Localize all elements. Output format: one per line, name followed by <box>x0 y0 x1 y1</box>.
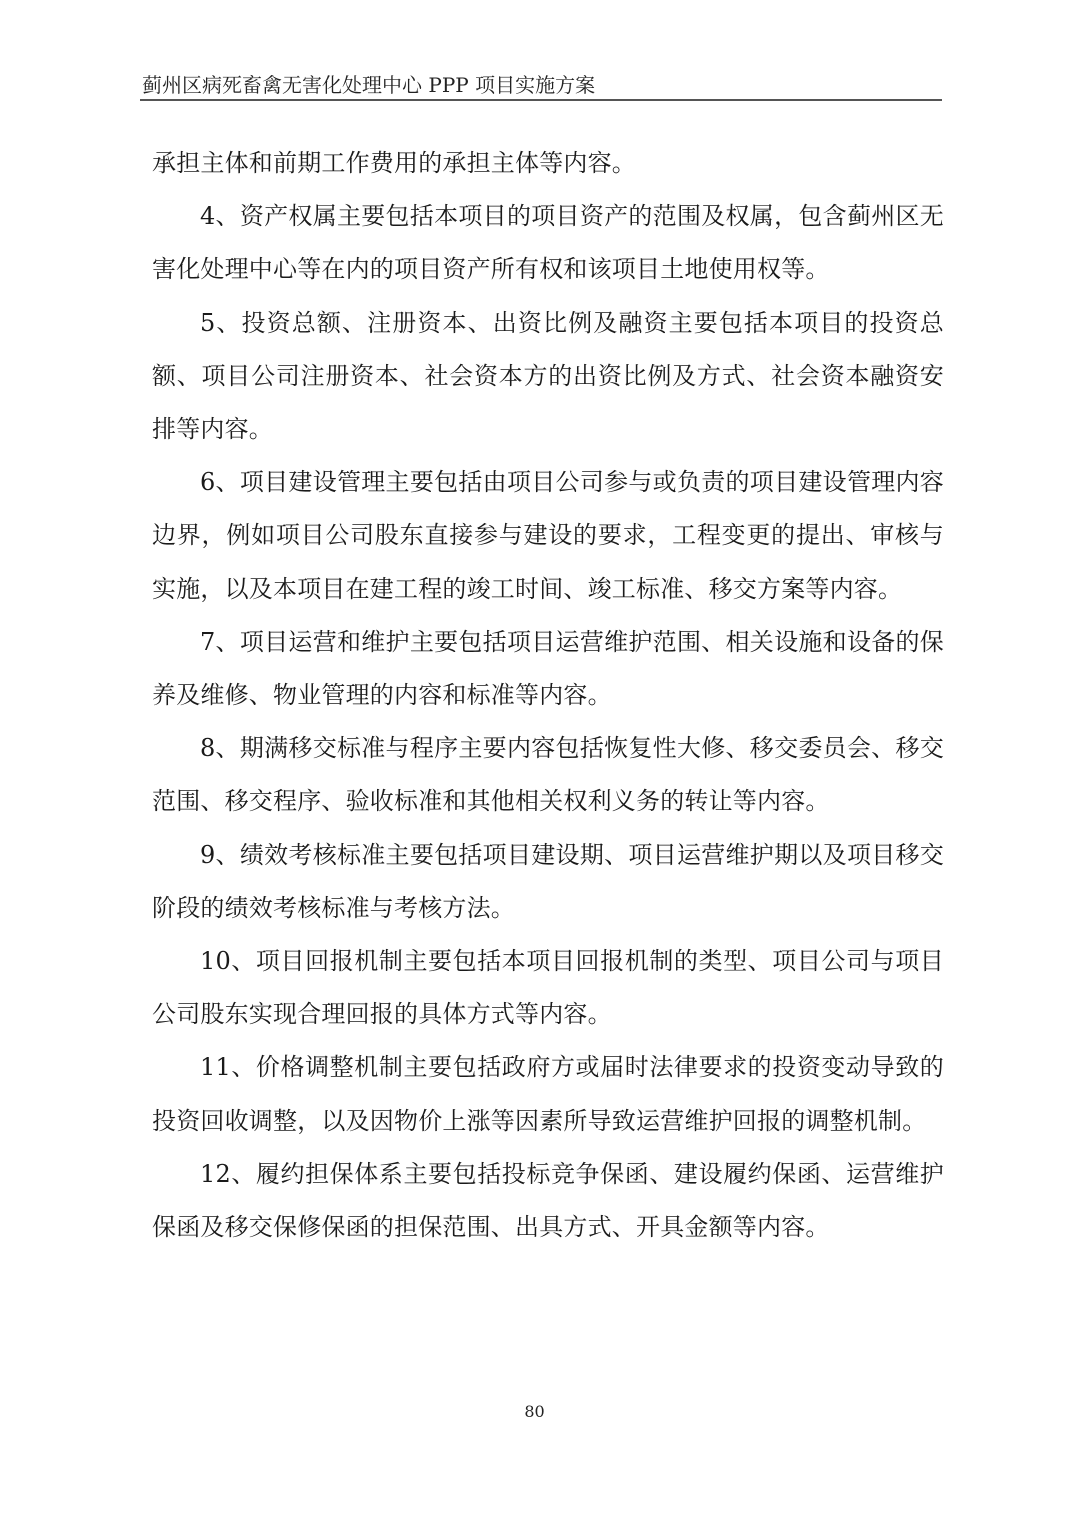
paragraph-item-7: 7、项目运营和维护主要包括项目运营维护范围、相关设施和设备的保养及维修、物业管理… <box>152 616 944 722</box>
paragraph-item-6: 6、项目建设管理主要包括由项目公司参与或负责的项目建设管理内容边界，例如项目公司… <box>152 456 944 616</box>
paragraph-item-12: 12、履约担保体系主要包括投标竞争保函、建设履约保函、运营维护保函及移交保修保函… <box>152 1148 944 1254</box>
paragraph-continuation: 承担主体和前期工作费用的承担主体等内容。 <box>152 137 944 190</box>
paragraph-item-10: 10、项目回报机制主要包括本项目回报机制的类型、项目公司与项目公司股东实现合理回… <box>152 935 944 1041</box>
header-divider <box>140 99 942 101</box>
document-page: 蓟州区病死畜禽无害化处理中心 PPP 项目实施方案 承担主体和前期工作费用的承担… <box>0 0 1069 1514</box>
paragraph-item-9: 9、绩效考核标准主要包括项目建设期、项目运营维护期以及项目移交阶段的绩效考核标准… <box>152 829 944 935</box>
paragraph-item-4: 4、资产权属主要包括本项目的项目资产的范围及权属，包含蓟州区无害化处理中心等在内… <box>152 190 944 296</box>
body-text: 承担主体和前期工作费用的承担主体等内容。 4、资产权属主要包括本项目的项目资产的… <box>152 137 944 1254</box>
paragraph-item-5: 5、投资总额、注册资本、出资比例及融资主要包括本项目的投资总额、项目公司注册资本… <box>152 297 944 457</box>
page-number: 80 <box>0 1402 1069 1422</box>
running-header-title: 蓟州区病死畜禽无害化处理中心 PPP 项目实施方案 <box>142 72 942 98</box>
paragraph-item-11: 11、价格调整机制主要包括政府方或届时法律要求的投资变动导致的投资回收调整，以及… <box>152 1041 944 1147</box>
paragraph-item-8: 8、期满移交标准与程序主要内容包括恢复性大修、移交委员会、移交范围、移交程序、验… <box>152 722 944 828</box>
